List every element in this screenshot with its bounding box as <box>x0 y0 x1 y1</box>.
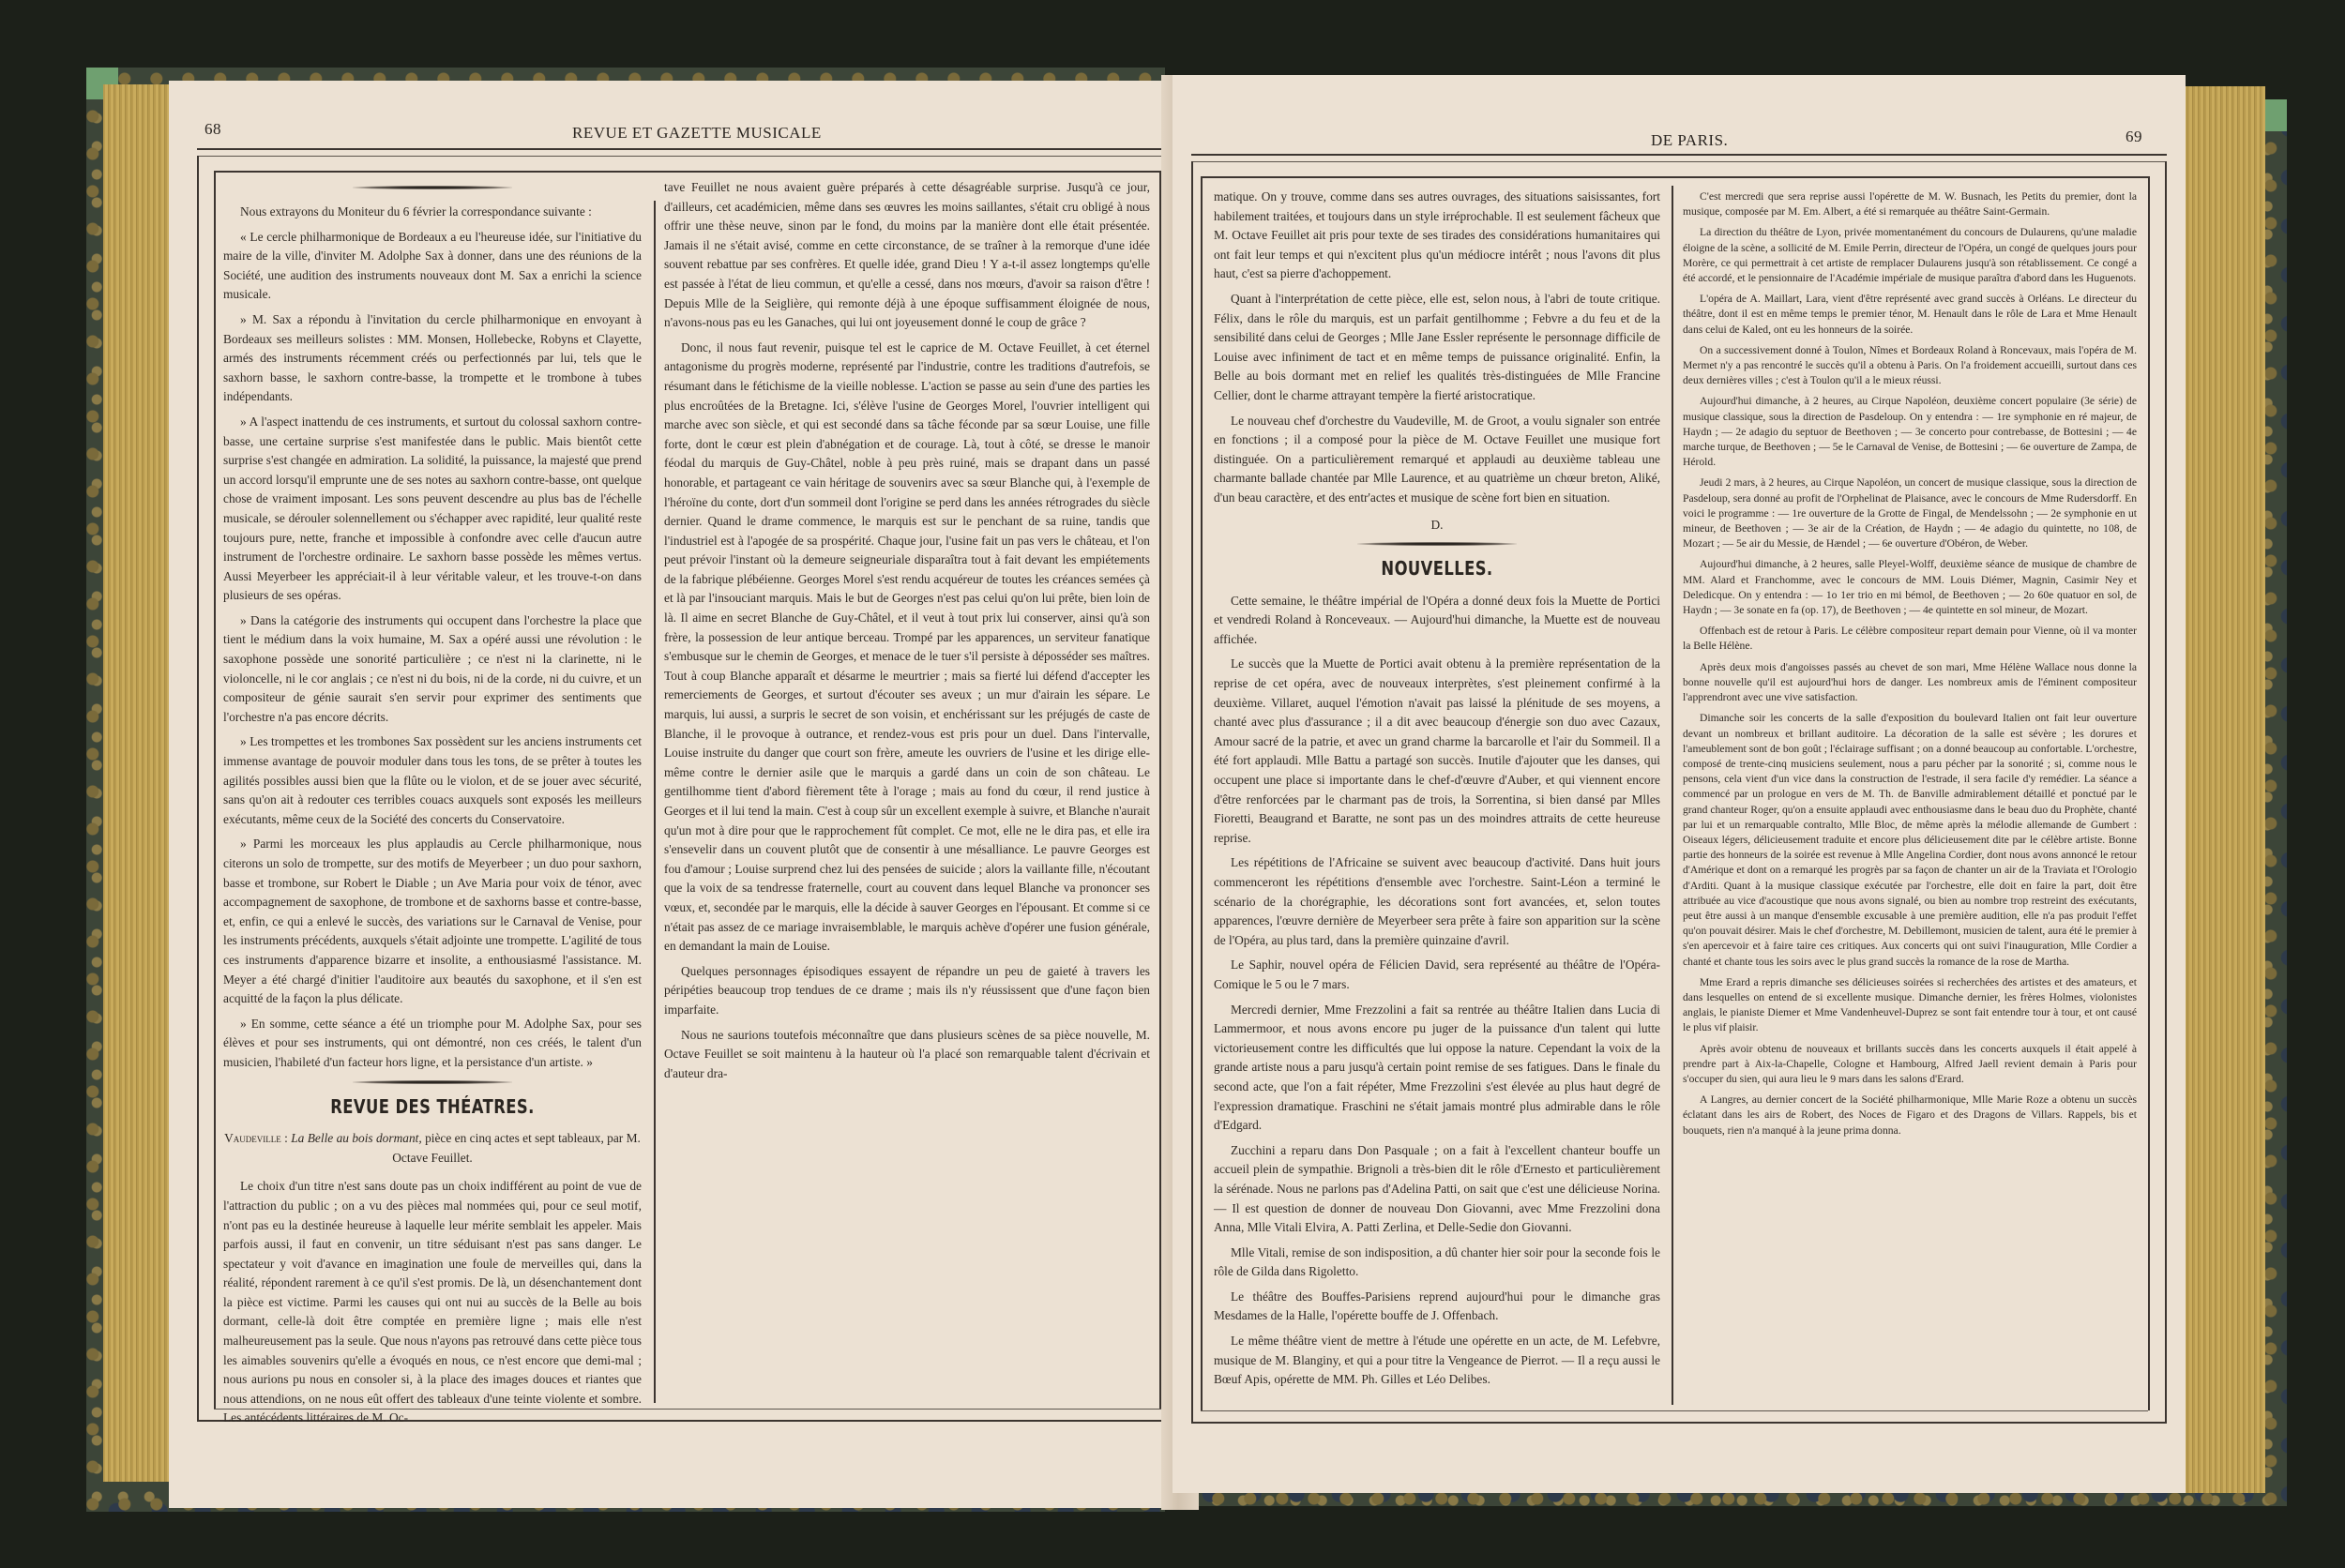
header-rule <box>1191 154 2167 156</box>
news-item: Zucchini a reparu dans Don Pasquale ; on… <box>1214 1141 1660 1238</box>
frame-bottom-outer <box>1191 1422 2167 1424</box>
news-item: Aujourd'hui dimanche, à 2 heures, au Cir… <box>1683 394 2137 470</box>
frame-left-outer <box>1191 161 1193 1422</box>
paragraph: » Les trompettes et les trombones Sax po… <box>223 732 642 829</box>
news-item: Le théâtre des Bouffes-Parisiens reprend… <box>1214 1288 1660 1326</box>
paragraph: Donc, il nous faut revenir, puisque tel … <box>664 339 1150 957</box>
paragraph: Quant à l'interprétation de cette pièce,… <box>1214 290 1660 406</box>
paragraph: » En somme, cette séance a été un triomp… <box>223 1015 642 1073</box>
left-page-column-2: tave Feuillet ne nous avaient guère prép… <box>664 178 1150 1089</box>
paragraph: » A l'aspect inattendu de ces instrument… <box>223 413 642 606</box>
intro-paragraph: Nous extrayons du Moniteur du 6 février … <box>223 203 642 222</box>
frame-bottom-inner <box>1201 1410 2148 1411</box>
review-subhead: Vaudeville : La Belle au bois dormant, p… <box>223 1129 642 1168</box>
column-divider <box>654 201 656 1403</box>
page-edges-left <box>103 84 178 1482</box>
news-item: On a successivement donné à Toulon, Nîme… <box>1683 343 2137 389</box>
running-head-right: DE PARIS. <box>1651 131 1728 150</box>
frame-rule-outer <box>197 156 1172 157</box>
frame-left-inner <box>214 171 216 1409</box>
left-page-column-1: Nous extrayons du Moniteur du 6 février … <box>223 178 642 1434</box>
paragraph: Nous ne saurions toutefois méconnaître q… <box>664 1026 1150 1084</box>
ornamental-rule <box>1357 542 1517 546</box>
frame-rule-outer <box>1191 161 2167 162</box>
frame-right-outer <box>2165 161 2167 1422</box>
page-number-right: 69 <box>2126 128 2142 146</box>
paragraph: » M. Sax a répondu à l'invitation du cer… <box>223 310 642 407</box>
paragraph: matique. On y trouve, comme dans ses aut… <box>1214 188 1660 284</box>
news-item: Offenbach est de retour à Paris. Le célè… <box>1683 624 2137 654</box>
news-item: Le succès que la Muette de Portici avait… <box>1214 655 1660 848</box>
paragraph: tave Feuillet ne nous avaient guère prép… <box>664 178 1150 333</box>
paragraph: » Parmi les morceaux les plus applaudis … <box>223 835 642 1008</box>
page-number-left: 68 <box>204 120 221 139</box>
right-page: DE PARIS. 69 matique. On y trouve, comme… <box>1172 75 2186 1493</box>
frame-left-inner <box>1201 176 1203 1410</box>
paragraph: « Le cercle philharmonique de Bordeaux a… <box>223 228 642 305</box>
ornamental-rule <box>353 1080 512 1084</box>
section-title-nouvelles: NOUVELLES. <box>1254 559 1620 579</box>
frame-rule-inner <box>214 171 1161 173</box>
news-item: Dimanche soir les concerts de la salle d… <box>1683 711 2137 969</box>
frame-rule-inner <box>1201 176 2148 178</box>
play-details: pièce en cinq actes et sept tableaux, pa… <box>392 1131 641 1165</box>
news-item: Après deux mois d'angoisses passés au ch… <box>1683 660 2137 706</box>
frame-right-inner <box>2148 176 2150 1410</box>
news-item: Mlle Vitali, remise de son indisposition… <box>1214 1244 1660 1282</box>
paragraph: Quelques personnages épisodiques essayen… <box>664 962 1150 1020</box>
play-title: La Belle au bois dormant, <box>291 1131 421 1145</box>
page-edges-right <box>2176 86 2265 1493</box>
column-divider <box>1672 186 1673 1405</box>
news-item: Mercredi dernier, Mme Frezzolini a fait … <box>1214 1001 1660 1136</box>
news-item: Mme Erard a repris dimanche ses délicieu… <box>1683 975 2137 1036</box>
left-page: 68 REVUE ET GAZETTE MUSICALE Nous extray… <box>169 81 1182 1508</box>
right-page-column-1: matique. On y trouve, comme dans ses aut… <box>1214 188 1660 1395</box>
frame-left-outer <box>197 156 199 1422</box>
news-item: Le Saphir, nouvel opéra de Félicien Davi… <box>1214 956 1660 994</box>
signature: D. <box>1214 516 1660 535</box>
news-item: Cette semaine, le théâtre impérial de l'… <box>1214 592 1660 650</box>
news-item: Le même théâtre vient de mettre à l'étud… <box>1214 1332 1660 1390</box>
news-item: Jeudi 2 mars, à 2 heures, au Cirque Napo… <box>1683 475 2137 551</box>
section-title-revue-des-theatres: REVUE DES THÉATRES. <box>261 1097 604 1117</box>
news-item: C'est mercredi que sera reprise aussi l'… <box>1683 189 2137 219</box>
news-item: L'opéra de A. Maillart, Lara, vient d'êt… <box>1683 292 2137 338</box>
news-item: La direction du théâtre de Lyon, privée … <box>1683 225 2137 286</box>
paragraph: Le choix d'un titre n'est sans doute pas… <box>223 1177 642 1428</box>
header-rule <box>197 148 1172 150</box>
paragraph: » Dans la catégorie des instruments qui … <box>223 611 642 728</box>
news-item: Les répétitions de l'Africaine se suiven… <box>1214 853 1660 950</box>
news-item: A Langres, au dernier concert de la Soci… <box>1683 1093 2137 1138</box>
news-item: Après avoir obtenu de nouveaux et brilla… <box>1683 1042 2137 1088</box>
running-head-left: REVUE ET GAZETTE MUSICALE <box>572 124 822 143</box>
venue-label: Vaudeville : <box>224 1131 288 1145</box>
news-item: Aujourd'hui dimanche, à 2 heures, salle … <box>1683 557 2137 618</box>
paragraph: Le nouveau chef d'orchestre du Vaudevill… <box>1214 412 1660 508</box>
right-page-column-2: C'est mercredi que sera reprise aussi l'… <box>1683 189 2137 1144</box>
ornamental-rule <box>353 186 512 189</box>
